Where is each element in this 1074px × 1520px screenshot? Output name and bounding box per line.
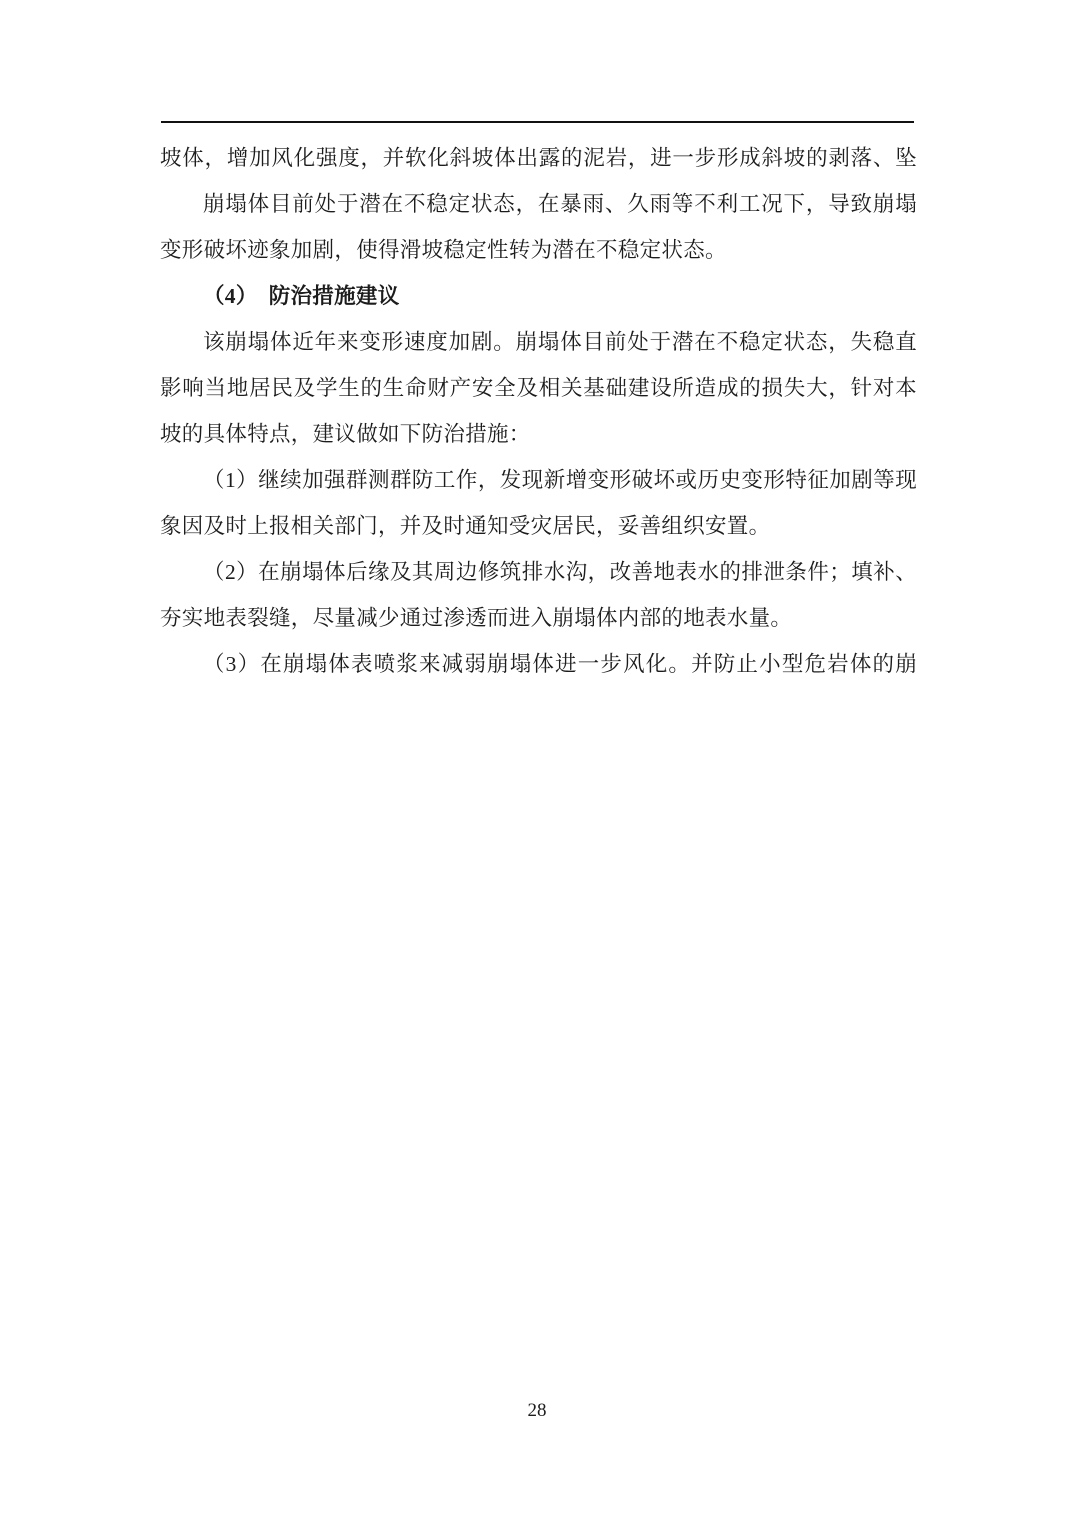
text-line: 该崩塌体近年来变形速度加剧。崩塌体目前处于潜在不稳定状态，失稳直接 bbox=[160, 319, 917, 365]
list-item-line: 象因及时上报相关部门，并及时通知受灾居民，妥善组织安置。 bbox=[160, 503, 917, 549]
list-item-line: （2）在崩塌体后缘及其周边修筑排水沟，改善地表水的排泄条件；填补、 bbox=[160, 549, 917, 595]
page-number: 28 bbox=[0, 1400, 1074, 1422]
document-body: 坡体，增加风化强度，并软化斜坡体出露的泥岩，进一步形成斜坡的剥落、坠落。 崩塌体… bbox=[160, 135, 917, 687]
document-page: 坡体，增加风化强度，并软化斜坡体出露的泥岩，进一步形成斜坡的剥落、坠落。 崩塌体… bbox=[0, 0, 1074, 1520]
list-item-line: （3）在崩塌体表喷浆来减弱崩塌体进一步风化。并防止小型危岩体的崩落。 bbox=[160, 641, 917, 687]
text-line: 坡体，增加风化强度，并软化斜坡体出露的泥岩，进一步形成斜坡的剥落、坠落。 bbox=[160, 135, 917, 181]
text-line: 变形破坏迹象加剧，使得滑坡稳定性转为潜在不稳定状态。 bbox=[160, 227, 917, 273]
header-divider-rule bbox=[161, 121, 914, 123]
list-item-line: 夯实地表裂缝，尽量减少通过渗透而进入崩塌体内部的地表水量。 bbox=[160, 595, 917, 641]
section-heading: （4） 防治措施建议 bbox=[160, 273, 917, 319]
text-line: 坡的具体特点，建议做如下防治措施： bbox=[160, 411, 917, 457]
text-line: 崩塌体目前处于潜在不稳定状态，在暴雨、久雨等不利工况下，导致崩塌的 bbox=[160, 181, 917, 227]
list-item-line: （1）继续加强群测群防工作，发现新增变形破坏或历史变形特征加剧等现 bbox=[160, 457, 917, 503]
text-line: 影响当地居民及学生的生命财产安全及相关基础建设所造成的损失大，针对本滑 bbox=[160, 365, 917, 411]
